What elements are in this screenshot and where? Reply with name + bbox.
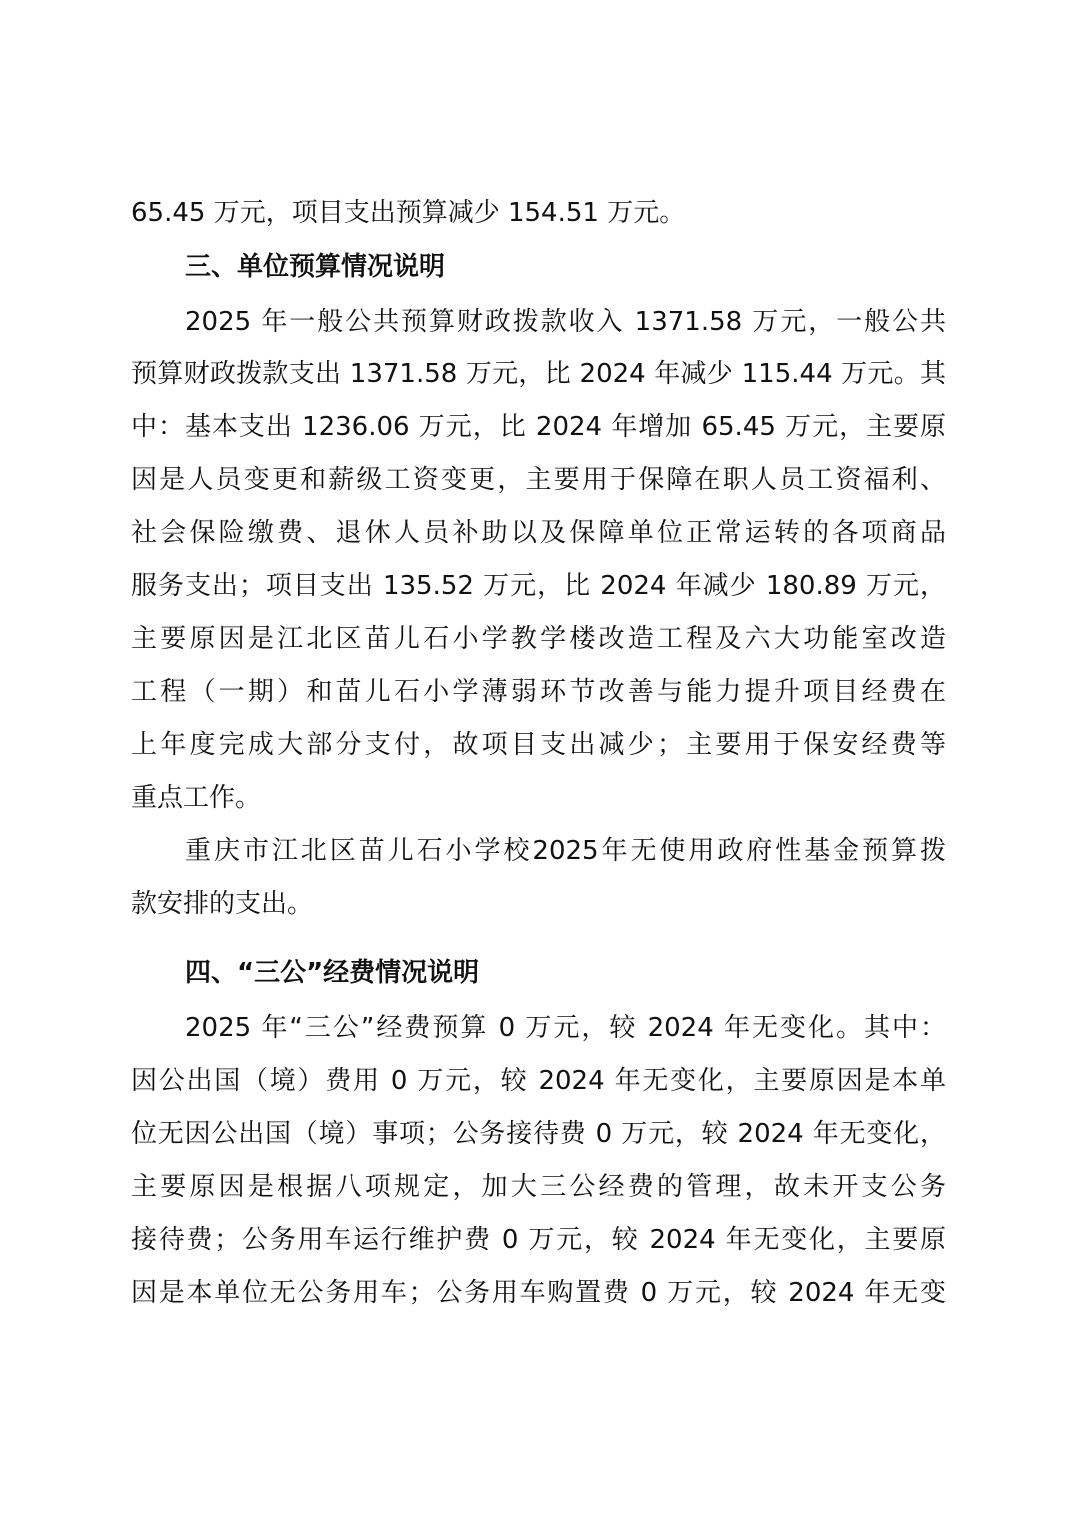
paragraph-line: 因是本单位无公务用车；公务用车购置费 0 万元，较 2024 年无变 xyxy=(131,1278,946,1308)
paragraph-line: 65.45 万元，项目支出预算减少 154.51 万元。 xyxy=(131,198,946,228)
paragraph-line: 接待费；公务用车运行维护费 0 万元，较 2024 年无变化，主要原 xyxy=(131,1225,946,1255)
section-heading: 四、“三公”经费情况说明 xyxy=(185,958,479,988)
paragraph-line: 重庆市江北区苗儿石小学校2025年无使用政府性基金预算拨 xyxy=(185,836,946,866)
paragraph-line: 社会保险缴费、退休人员补助以及保障单位正常运转的各项商品 xyxy=(131,518,946,548)
paragraph-line: 中：基本支出 1236.06 万元，比 2024 年增加 65.45 万元，主要… xyxy=(131,412,946,442)
paragraph-line: 款安排的支出。 xyxy=(131,889,946,919)
paragraph-line: 预算财政拨款支出 1371.58 万元，比 2024 年减少 115.44 万元… xyxy=(131,359,946,389)
paragraph-line: 因是人员变更和薪级工资变更，主要用于保障在职人员工资福利、 xyxy=(131,465,946,495)
paragraph-line: 服务支出；项目支出 135.52 万元，比 2024 年减少 180.89 万元… xyxy=(131,571,946,601)
section-heading: 三、单位预算情况说明 xyxy=(185,252,445,282)
paragraph-line: 2025 年一般公共预算财政拨款收入 1371.58 万元，一般公共 xyxy=(185,307,946,337)
document-page: 65.45 万元，项目支出预算减少 154.51 万元。 三、单位预算情况说明 … xyxy=(0,0,1074,1520)
paragraph-line: 因公出国（境）费用 0 万元，较 2024 年无变化，主要原因是本单 xyxy=(131,1066,946,1096)
paragraph-line: 2025 年“三公”经费预算 0 万元，较 2024 年无变化。其中： xyxy=(185,1013,946,1043)
paragraph-line: 位无因公出国（境）事项；公务接待费 0 万元，较 2024 年无变化， xyxy=(131,1119,946,1149)
paragraph-line: 工程（一期）和苗儿石小学薄弱环节改善与能力提升项目经费在 xyxy=(131,677,946,707)
paragraph-line: 主要原因是江北区苗儿石小学教学楼改造工程及六大功能室改造 xyxy=(131,624,946,654)
paragraph-line: 重点工作。 xyxy=(131,783,946,813)
paragraph-line: 上年度完成大部分支付，故项目支出减少；主要用于保安经费等 xyxy=(131,730,946,760)
paragraph-line: 主要原因是根据八项规定，加大三公经费的管理，故未开支公务 xyxy=(131,1172,946,1202)
